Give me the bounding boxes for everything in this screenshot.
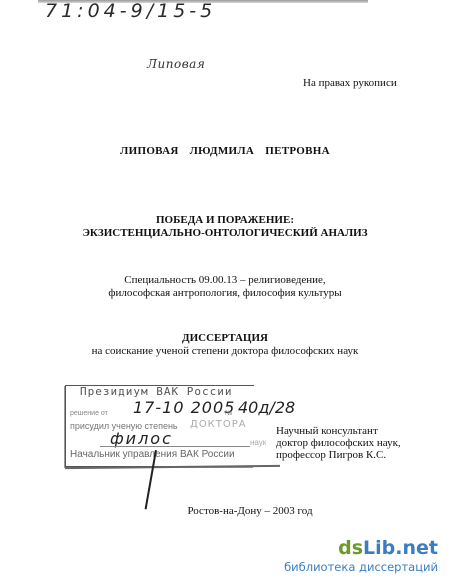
dslib-logo[interactable]: dsLib.net: [338, 537, 438, 559]
stamp-degree: ДОКТОРА: [190, 419, 247, 430]
dissertation-degree: на соискание ученой степени доктора фило…: [0, 345, 450, 357]
dslib-subtitle: библиотека диссертаций: [284, 560, 438, 574]
logo-lib: Lib: [363, 537, 395, 559]
specialty-line-2: философская антропология, философия куль…: [0, 287, 450, 300]
specialty: Специальность 09.00.13 – религиоведение,…: [0, 274, 450, 300]
author-name: ЛИПОВАЯ ЛЮДМИЛА ПЕТРОВНА: [0, 145, 450, 157]
consultant-line-2: доктор философских наук,: [276, 437, 401, 449]
title-line-2: ЭКЗИСТЕНЦИАЛЬНО-ОНТОЛОГИЧЕСКИЙ АНАЛИЗ: [0, 227, 450, 240]
logo-net: .net: [395, 537, 438, 559]
logo-ds: ds: [338, 537, 363, 559]
city-year: Ростов-на-Дону – 2003 год: [0, 505, 450, 517]
stamp-field-suffix: наук: [250, 438, 266, 447]
stamp-number-label: №: [225, 410, 233, 417]
scientific-consultant: Научный консультант доктор философских н…: [276, 425, 401, 461]
stamp-number: 40д/28: [238, 398, 295, 417]
handwritten-name: Липовая: [147, 57, 205, 71]
specialty-line-1: Специальность 09.00.13 – религиоведение,: [0, 274, 450, 287]
dissertation-title: ПОБЕДА И ПОРАЖЕНИЕ: ЭКЗИСТЕНЦИАЛЬНО-ОНТО…: [0, 214, 450, 240]
dissertation-type: ДИССЕРТАЦИЯ: [0, 332, 450, 344]
stamp-decision-label: решение от: [70, 410, 108, 417]
rights-notice: На правах рукописи: [303, 77, 397, 89]
archive-code: 71:04-9/15-5: [45, 0, 216, 22]
consultant-line-1: Научный консультант: [276, 425, 401, 437]
consultant-line-3: профессор Пигров К.С.: [276, 449, 401, 461]
title-line-1: ПОБЕДА И ПОРАЖЕНИЕ:: [0, 214, 450, 227]
stamp-date: 17-10 2005: [133, 398, 235, 417]
stamp-header: Президиум ВАК России: [80, 385, 232, 398]
stamp-chief-label: Начальник управления ВАК России: [70, 449, 235, 460]
stamp-field-underline: [100, 446, 250, 447]
